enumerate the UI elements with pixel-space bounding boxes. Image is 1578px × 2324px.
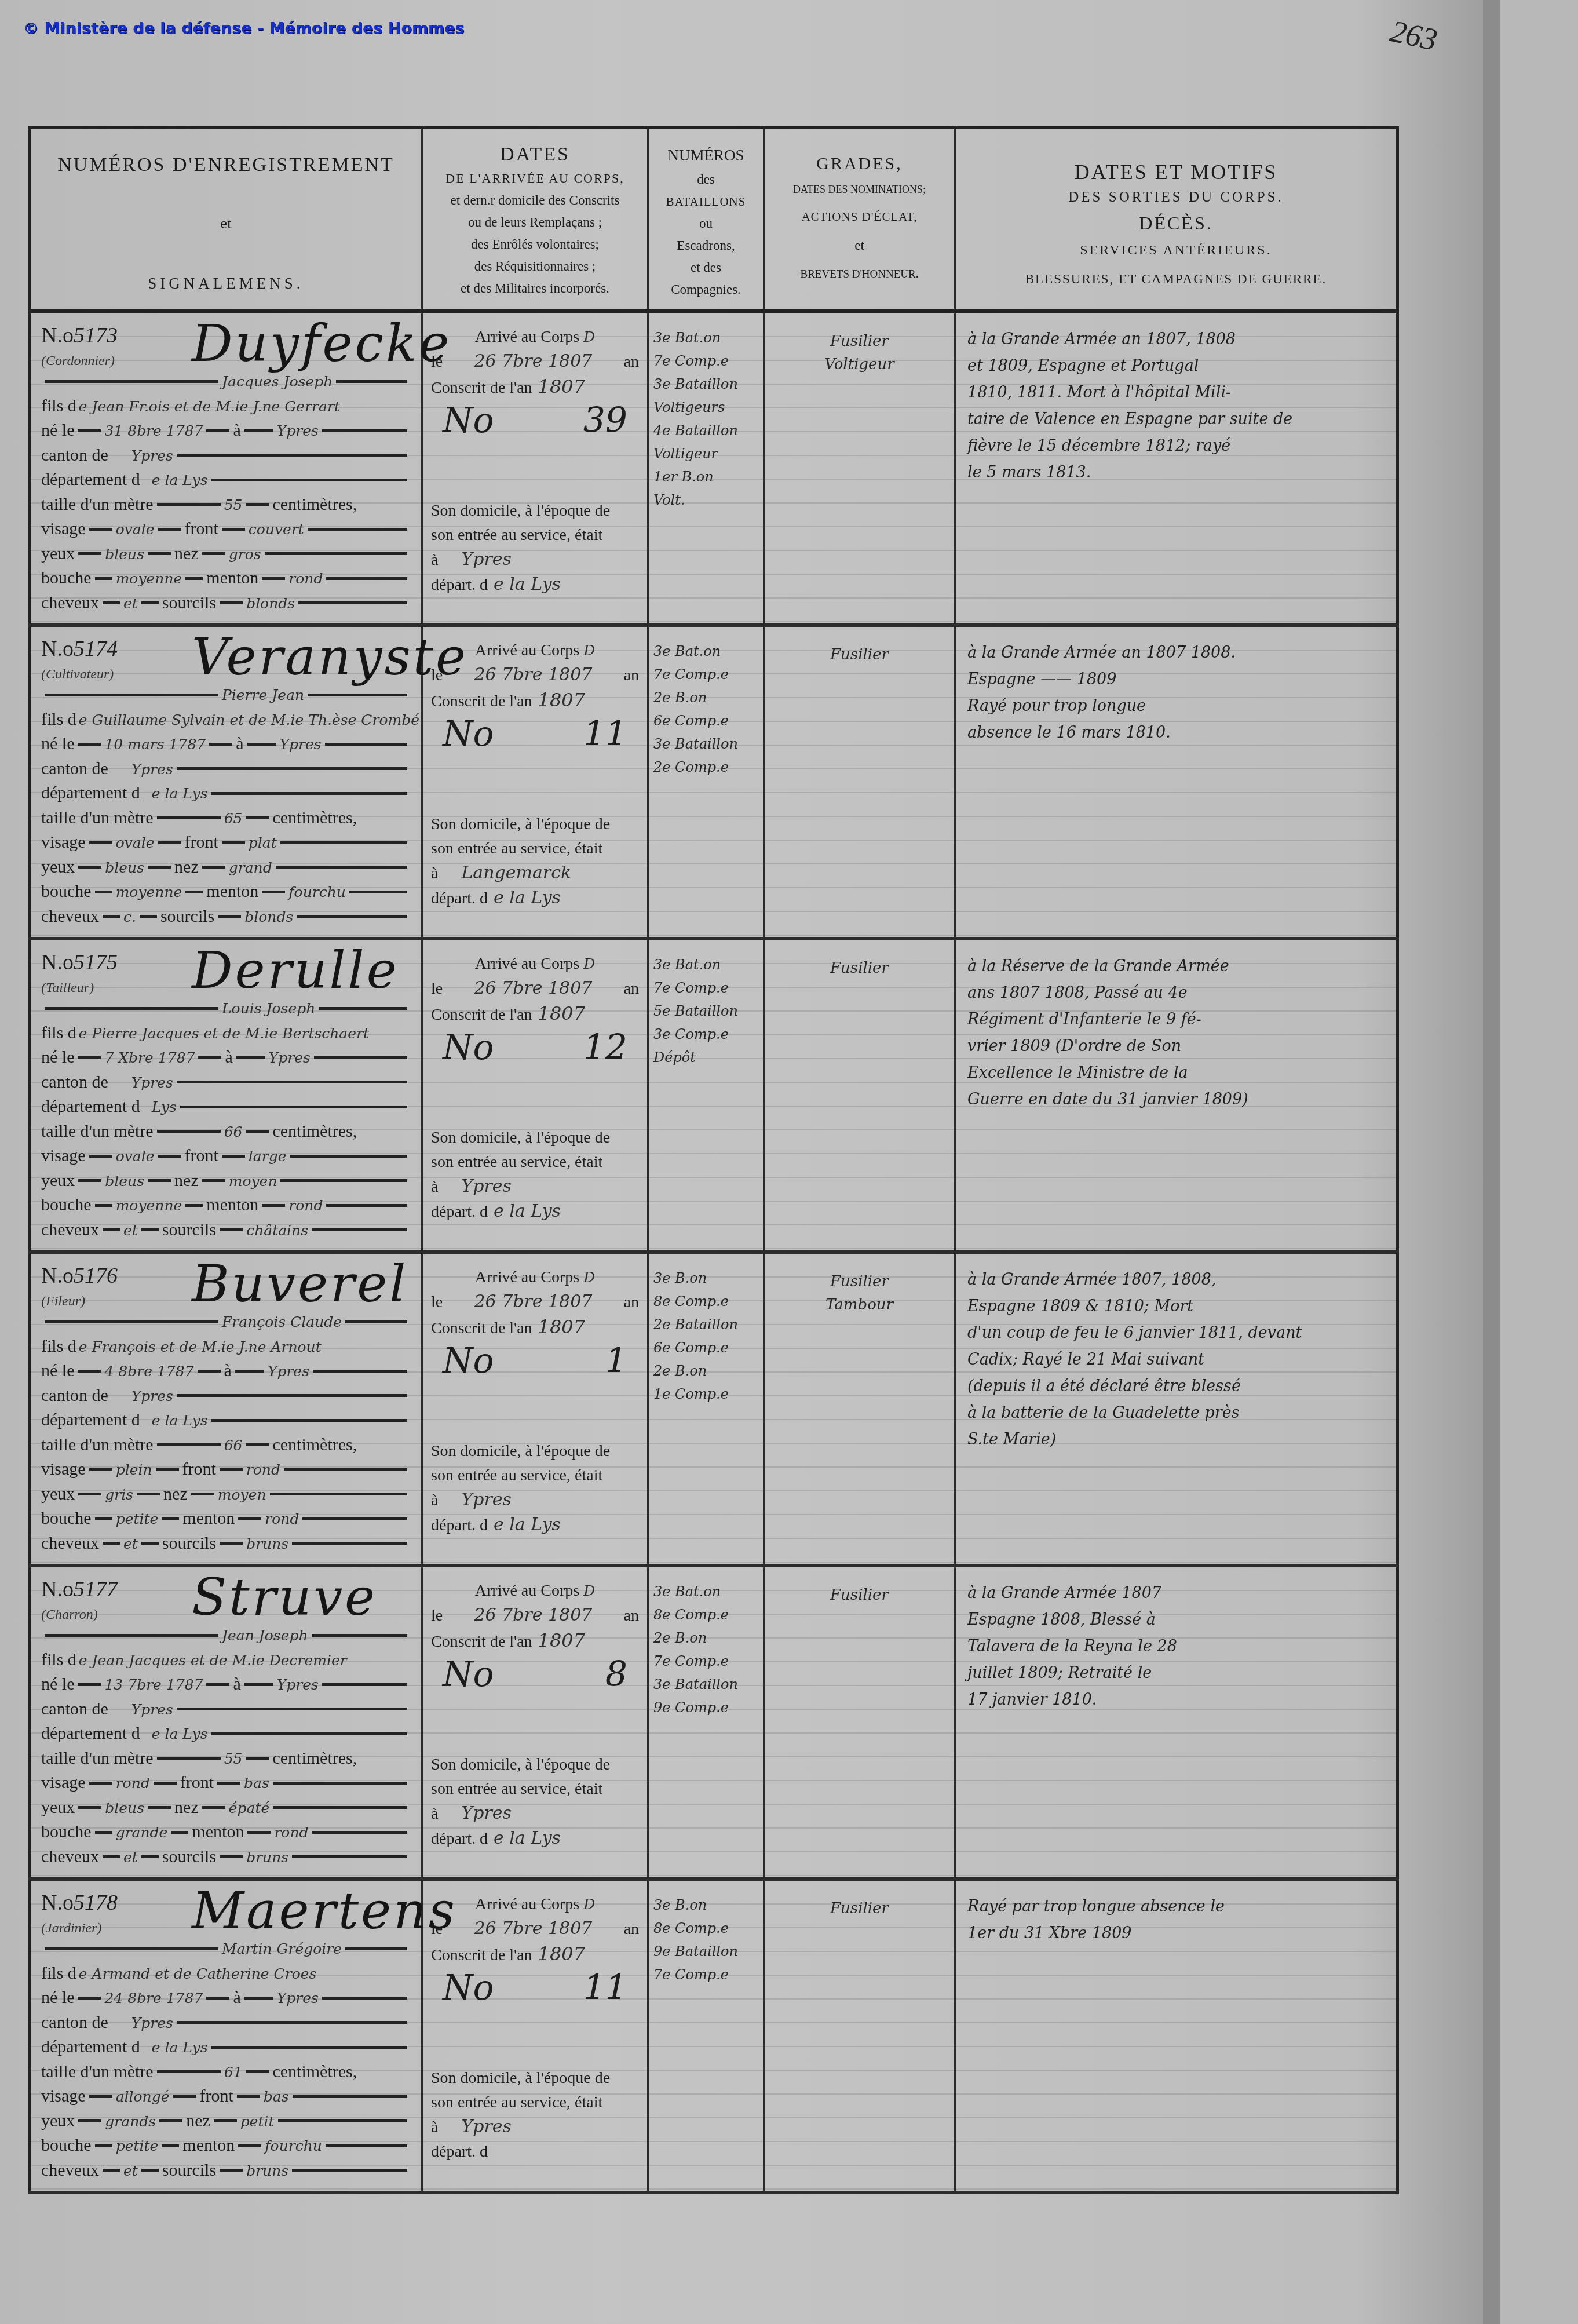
rule-dash — [137, 1493, 160, 1495]
rule-dash — [173, 2095, 196, 2098]
hair-value: et — [123, 1845, 138, 1870]
rule-dash — [211, 2046, 407, 2049]
mouth-line: bouchegrandementonrond — [41, 1820, 411, 1845]
centimetres-label: centimètres, — [272, 2060, 357, 2084]
centimetres-label: centimètres, — [272, 1119, 357, 1144]
chin-label: menton — [206, 880, 258, 904]
domicile-label-1: Son domicile, à l'époque de — [431, 2066, 639, 2090]
eyes-label: yeux — [41, 1482, 75, 1506]
rule-dash — [270, 1493, 407, 1495]
rule-dash — [158, 841, 181, 844]
rule-dash — [326, 2144, 407, 2147]
departement-line: département de la Lys — [41, 2035, 411, 2060]
signalement-cell: N.o5177 (Charron) Struve Jean Joseph fil… — [30, 1566, 422, 1879]
rule-dash — [157, 1130, 221, 1133]
forehead-value: rond — [246, 1458, 280, 1482]
domicile-label-1: Son domicile, à l'époque de — [431, 1753, 639, 1777]
chin-label: menton — [182, 2133, 235, 2158]
register-entry: N.o5178 (Jardinier) Maertens Martin Grég… — [30, 1879, 1398, 2192]
canton-value: Ypres — [131, 444, 173, 468]
depart-line: départ. de la Lys — [431, 1826, 639, 1851]
grade-cell: Fusilier — [764, 939, 955, 1252]
bataillon-line: 8e Comp.e — [653, 1290, 758, 1313]
rule-dash — [336, 380, 407, 383]
motifs-line: S.te Marie) — [967, 1426, 1385, 1453]
mouth-value: moyenne — [116, 880, 182, 904]
motifs-list: à la Grande Armée 1807, 1808,Espagne 180… — [956, 1254, 1396, 1466]
chin-label: menton — [206, 566, 258, 590]
hair-value: et — [123, 2159, 138, 2183]
registration-number: N.o5176 — [41, 1264, 118, 1289]
register-ref-value: 39 — [583, 408, 627, 478]
domicile-a-label: à — [431, 1175, 438, 1199]
number-value: 5177 — [74, 1577, 118, 1601]
arrival-label: Arrivé au Corps — [475, 1895, 579, 1913]
rule-dash — [220, 1855, 243, 1858]
rule-dash — [45, 1947, 218, 1950]
eyebrows-label: sourcils — [162, 1845, 216, 1869]
motifs-line: (depuis il a été déclaré être blessé — [967, 1373, 1385, 1400]
birth-line: né le10 mars 1787àYpres — [41, 732, 411, 757]
canton-value: Ypres — [131, 2011, 173, 2035]
nose-label: nez — [174, 1169, 199, 1193]
profession: (Cordonnier) — [41, 349, 115, 374]
grade-list: Fusilier — [765, 627, 954, 683]
given-names: Pierre Jean — [222, 683, 304, 707]
motifs-line: 1er du 31 Xbre 1809 — [967, 1920, 1385, 1947]
domicile-a-label: à — [431, 2115, 438, 2140]
signalement-cell: N.o5173 (Cordonnier) Duyfecke Jacques Jo… — [30, 311, 422, 625]
surname: Buverel — [192, 1256, 408, 1312]
bataillon-line: 3e B.on — [653, 1894, 758, 1917]
rule-dash — [78, 1683, 101, 1686]
rule-dash — [177, 1081, 407, 1083]
motifs-list: à la Grande Armée an 1807 1808.Espagne —… — [956, 627, 1396, 759]
motifs-cell: à la Grande Armée 1807Espagne 1808, Bles… — [955, 1566, 1398, 1879]
nose-label: nez — [163, 1482, 188, 1506]
conscript-year: 1807 — [538, 1315, 585, 1339]
rule-dash — [148, 1179, 171, 1182]
rule-dash — [217, 1782, 240, 1785]
forehead-label: front — [180, 1771, 214, 1795]
bataillon-line: 7e Comp.e — [653, 1650, 758, 1673]
header-grades: GRADES, DATES DES NOMINATIONS; ACTIONS D… — [764, 128, 955, 312]
surname: Maertens — [192, 1883, 457, 1939]
face-value: ovale — [116, 1144, 155, 1169]
conscript-year: 1807 — [538, 1628, 585, 1652]
depart-value: e la Lys — [494, 886, 561, 910]
surname: Struve — [192, 1570, 377, 1625]
domicile-label-1: Son domicile, à l'époque de — [431, 499, 639, 523]
face-label: visage — [41, 1144, 86, 1168]
parents-line: fils de Armand et de Catherine Croes — [41, 1961, 411, 1986]
rule-dash — [162, 1517, 179, 1520]
motifs-cell: à la Grande Armée an 1807 1808.Espagne —… — [955, 625, 1398, 939]
bataillon-line: 7e Comp.e — [653, 663, 758, 686]
adjacent-page — [1500, 0, 1578, 2324]
header-motifs-l3: SERVICES ANTÉRIEURS. — [956, 236, 1396, 265]
rule-dash — [141, 2169, 159, 2172]
battalion-cell: 3e Bat.on7e Comp.e3e BataillonVoltigeurs… — [648, 311, 764, 625]
motifs-line: à la Grande Armée 1807, 1808, — [967, 1267, 1385, 1293]
rule-dash — [45, 380, 218, 383]
rule-dash — [246, 816, 269, 819]
bataillon-line: 3e Comp.e — [653, 1023, 758, 1046]
parents-line: fils de Pierre Jacques et de M.ie Bertsc… — [41, 1021, 411, 1046]
canton-value: Ypres — [131, 1384, 173, 1409]
rule-dash — [191, 1493, 214, 1495]
forehead-label: front — [185, 517, 218, 541]
motifs-cell: à la Grande Armée an 1807, 1808et 1809, … — [955, 311, 1398, 625]
header-dates-l4: des Enrôlés volontaires; — [423, 234, 647, 256]
register-ref-value: 8 — [605, 1662, 627, 1732]
domicile-value: Ypres — [461, 1801, 512, 1826]
centimetres-label: centimètres, — [272, 1746, 357, 1771]
mouth-line: bouchemoyennementonfourchu — [41, 880, 411, 904]
motifs-cell: à la Grande Armée 1807, 1808,Espagne 180… — [955, 1252, 1398, 1566]
signalement-cell: N.o5174 (Cultivateur) Veranyste Pierre J… — [30, 625, 422, 939]
rule-dash — [220, 601, 243, 604]
conscript-line: Conscrit de l'an1807 — [431, 688, 639, 714]
number-label: N.o — [41, 1577, 74, 1601]
hair-line: cheveuxetsourcilsblonds — [41, 591, 411, 616]
rule-dash — [103, 601, 120, 604]
grade-cell: Fusilier — [764, 1566, 955, 1879]
chin-value: rond — [274, 1820, 308, 1845]
given-names: Martin Grégoire — [222, 1937, 342, 1961]
face-line: visageallongéfrontbas — [41, 2084, 411, 2109]
grade-line: Fusilier — [776, 643, 943, 666]
rule-dash — [247, 743, 276, 746]
birth-label: né le — [41, 1359, 74, 1383]
canton-value: Ypres — [131, 757, 173, 782]
parents-line: fils de Guillaume Sylvain et de M.ie Th.… — [41, 707, 411, 732]
register-ref: No39 — [431, 400, 639, 478]
bataillon-line: 9e Bataillon — [653, 1940, 758, 1963]
rule-dash — [312, 1634, 407, 1637]
birth-place: Ypres — [277, 1673, 319, 1697]
header-dates-l6: et des Militaires incorporés. — [423, 278, 647, 300]
rule-dash — [235, 1370, 264, 1373]
rule-dash — [302, 1517, 407, 1520]
rule-dash — [280, 841, 407, 844]
register-table: NUMÉROS D'ENREGISTREMENT et SIGNALEMENS.… — [28, 126, 1399, 2194]
rule-dash — [103, 2169, 120, 2172]
eyes-label: yeux — [41, 1796, 75, 1820]
header-registration-sub: SIGNALEMENS. — [31, 269, 421, 297]
eyebrows-value: bruns — [246, 2159, 288, 2183]
parents-label: fils d — [41, 1021, 76, 1045]
conscript-line: Conscrit de l'an1807 — [431, 1001, 639, 1027]
an-label: an — [624, 1917, 639, 1942]
register-ref-label: No — [443, 1976, 494, 2045]
mouth-label: bouche — [41, 2133, 92, 2158]
rule-dash — [292, 1542, 407, 1545]
forehead-value: bas — [244, 1771, 269, 1796]
rule-dash — [185, 577, 203, 580]
departement-value: e la Lys — [152, 468, 208, 492]
rule-dash — [237, 2095, 260, 2098]
arrival-date: 26 7bre 1807 — [443, 1603, 623, 1628]
number-label: N.o — [41, 1264, 74, 1288]
hair-label: cheveux — [41, 1845, 99, 1869]
surname: Veranyste — [192, 629, 468, 685]
grade-list: Fusilier — [765, 1881, 954, 1936]
eyes-value: bleus — [105, 856, 144, 880]
rule-dash — [206, 1683, 229, 1686]
chin-value: fourchu — [288, 880, 346, 904]
rule-dash — [177, 1394, 407, 1397]
eyes-line: yeuxgrisnezmoyen — [41, 1482, 411, 1507]
rule-dash — [162, 2144, 179, 2147]
rule-dash — [89, 2095, 112, 2098]
mouth-value: petite — [116, 2134, 159, 2158]
motifs-line: Talavera de la Reyna le 28 — [967, 1633, 1385, 1660]
an-label: an — [624, 663, 639, 688]
arrival-mark: D — [583, 329, 595, 345]
rule-dash — [218, 915, 241, 918]
rule-dash — [273, 1782, 407, 1785]
rule-dash — [78, 1997, 101, 2000]
eyebrows-value: blonds — [246, 592, 295, 616]
height-line: taille d'un mètre66centimètres, — [41, 1433, 411, 1458]
arrival-mark: D — [583, 1269, 595, 1286]
number-value: 5174 — [74, 637, 118, 661]
birth-place: Ypres — [269, 1046, 311, 1070]
eyebrows-value: blonds — [244, 905, 293, 929]
bataillon-line: 5e Bataillon — [653, 999, 758, 1023]
arrival-date-line: le26 7bre 1807an — [431, 1290, 639, 1315]
conscript-line: Conscrit de l'an1807 — [431, 374, 639, 400]
face-value: ovale — [116, 517, 155, 542]
rule-dash — [292, 1855, 407, 1858]
domicile-line: àYpres — [431, 1488, 639, 1513]
rule-dash — [45, 694, 218, 696]
motifs-line: ans 1807 1808, Passé au 4e — [967, 980, 1385, 1006]
nose-value: petit — [240, 2110, 275, 2134]
rule-dash — [236, 1056, 265, 1059]
rule-dash — [78, 1493, 101, 1495]
page-binding-edge — [1483, 0, 1500, 2324]
conscript-label: Conscrit de l'an — [431, 1316, 532, 1341]
chin-label: menton — [182, 1506, 235, 1531]
canton-label: canton de — [41, 1697, 108, 1721]
birth-label: né le — [41, 732, 74, 756]
bataillon-line: 3e Bat.on — [653, 326, 758, 349]
register-ref-value: 1 — [605, 1349, 627, 1418]
height-line: taille d'un mètre65centimètres, — [41, 806, 411, 831]
register-ref: No12 — [431, 1027, 639, 1105]
rule-dash — [89, 1782, 112, 1785]
forehead-value: bas — [264, 2085, 289, 2109]
rule-dash — [322, 1683, 407, 1686]
eyebrows-label: sourcils — [162, 1218, 216, 1242]
rule-dash — [246, 1757, 269, 1760]
battalion-cell: 3e Bat.on8e Comp.e2e B.on7e Comp.e3e Bat… — [648, 1566, 764, 1879]
birth-date: 24 8bre 1787 — [104, 1986, 203, 2011]
mouth-line: bouchemoyennementonrond — [41, 1193, 411, 1218]
rule-dash — [45, 1634, 218, 1637]
rule-dash — [157, 1757, 221, 1760]
rule-dash — [314, 1056, 407, 1059]
chin-label: menton — [192, 1820, 244, 1844]
eyes-label: yeux — [41, 855, 75, 880]
rule-dash — [308, 528, 407, 531]
arrival-line: Arrivé au Corps D — [431, 1265, 639, 1290]
bataillon-line: 3e Bataillon — [653, 1673, 758, 1696]
battalion-cell: 3e B.on8e Comp.e9e Bataillon7e Comp.e — [648, 1879, 764, 2192]
an-label: an — [624, 1604, 639, 1628]
arrival-line: Arrivé au Corps D — [431, 1579, 639, 1603]
rule-dash — [141, 1542, 159, 1545]
depart-value: e la Lys — [494, 1199, 561, 1224]
motifs-line: fièvre le 15 décembre 1812; rayé — [967, 433, 1385, 459]
hair-label: cheveux — [41, 591, 99, 615]
conscript-year: 1807 — [538, 1001, 585, 1026]
arrival-date-line: le26 7bre 1807an — [431, 1917, 639, 1942]
domicile-line: àYpres — [431, 1801, 639, 1826]
nose-label: nez — [174, 855, 199, 880]
motifs-list: à la Réserve de la Grande Arméeans 1807 … — [956, 940, 1396, 1126]
rule-dash — [220, 1468, 243, 1471]
motifs-line: Rayé par trop longue absence le — [967, 1894, 1385, 1920]
mouth-value: grande — [116, 1820, 168, 1845]
face-line: visagerondfrontbas — [41, 1771, 411, 1796]
header-battalions-l2: BATAILLONS — [649, 191, 763, 213]
birth-place: Ypres — [268, 1359, 309, 1384]
given-names: Jacques Joseph — [222, 370, 333, 394]
header-battalions-l3: ou — [649, 213, 763, 235]
face-line: visageovalefrontlarge — [41, 1144, 411, 1169]
register-entry: N.o5173 (Cordonnier) Duyfecke Jacques Jo… — [30, 311, 1398, 625]
mouth-line: bouchepetitementonrond — [41, 1506, 411, 1531]
forehead-label: front — [200, 2084, 233, 2108]
face-label: visage — [41, 1771, 86, 1795]
rule-dash — [78, 552, 101, 555]
face-line: visageovalefrontplat — [41, 830, 411, 855]
domicile-a-label: à — [431, 862, 438, 886]
rule-dash — [345, 1947, 407, 1950]
grade-line: Fusilier — [776, 330, 943, 353]
rule-dash — [171, 1831, 188, 1834]
rule-dash — [246, 2070, 269, 2073]
domicile-line: àYpres — [431, 1174, 639, 1199]
rule-dash — [95, 1831, 112, 1834]
birth-date: 31 8bre 1787 — [104, 419, 203, 443]
number-value: 5173 — [74, 323, 118, 348]
rule-dash — [206, 429, 229, 432]
mouth-line: bouchepetitementonfourchu — [41, 2133, 411, 2158]
conscript-line: Conscrit de l'an1807 — [431, 1315, 639, 1341]
an-label: an — [624, 1290, 639, 1315]
canton-line: canton deYpres — [41, 443, 411, 468]
grade-line: Fusilier — [776, 1897, 943, 1920]
bataillon-line: 3e Bat.on — [653, 1580, 758, 1603]
eyebrows-value: bruns — [246, 1845, 288, 1870]
nose-value: grand — [229, 856, 272, 880]
registration-number: N.o5177 — [41, 1578, 118, 1602]
bataillon-line: 1e Comp.e — [653, 1382, 758, 1406]
rule-dash — [141, 1228, 159, 1231]
signalement-cell: N.o5176 (Fileur) Buverel François Claude… — [30, 1252, 422, 1566]
face-label: visage — [41, 830, 86, 855]
rule-dash — [198, 1056, 221, 1059]
header-dates-title: DATES — [423, 142, 647, 167]
rule-dash — [278, 2119, 407, 2122]
arrival-date: 26 7bre 1807 — [443, 663, 623, 687]
departement-label: département d — [41, 1094, 140, 1119]
domicile-line: àLangemarck — [431, 861, 639, 886]
eyes-value: bleus — [105, 542, 144, 567]
motifs-line: à la Grande Armée 1807 — [967, 1580, 1385, 1607]
bataillon-line: 2e Comp.e — [653, 756, 758, 779]
eyes-line: yeuxgrandsnezpetit — [41, 2109, 411, 2134]
conscript-label: Conscrit de l'an — [431, 1003, 532, 1027]
header-motifs-title: DATES ET MOTIFS — [956, 159, 1396, 185]
conscript-label: Conscrit de l'an — [431, 689, 532, 714]
rule-dash — [156, 1468, 179, 1471]
header-registration-title: NUMÉROS D'ENREGISTREMENT — [31, 152, 421, 178]
battalion-list: 3e Bat.on8e Comp.e2e B.on7e Comp.e3e Bat… — [649, 1567, 763, 1732]
arrival-date-line: le26 7bre 1807an — [431, 976, 639, 1001]
header-battalions-l1: des — [649, 169, 763, 191]
depart-label: départ. d — [431, 1200, 488, 1224]
departement-value: Lys — [152, 1095, 177, 1119]
register-entry: N.o5175 (Tailleur) Derulle Louis Joseph … — [30, 939, 1398, 1252]
departement-line: département de la Lys — [41, 468, 411, 492]
battalion-list: 3e Bat.on7e Comp.e5e Bataillon3e Comp.eD… — [649, 940, 763, 1082]
hair-value: et — [123, 592, 138, 616]
bataillon-line: Volt. — [653, 488, 758, 512]
motifs-list: à la Grande Armée 1807Espagne 1808, Bles… — [956, 1567, 1396, 1726]
parents-line: fils de François et de M.ie J.ne Arnout — [41, 1334, 411, 1359]
register-entry: N.o5177 (Charron) Struve Jean Joseph fil… — [30, 1566, 1398, 1879]
arrival-mark: D — [583, 642, 595, 659]
rule-dash — [262, 1204, 285, 1207]
height-label: taille d'un mètre — [41, 2060, 154, 2084]
birth-label: né le — [41, 1045, 74, 1070]
parents-line: fils de Jean Fr.ois et de M.ie J.ne Gerr… — [41, 394, 411, 419]
grade-line: Fusilier — [776, 1270, 943, 1293]
rule-dash — [78, 2119, 101, 2122]
rule-dash — [246, 1443, 269, 1446]
chin-label: menton — [206, 1193, 258, 1217]
surname: Derulle — [192, 943, 399, 998]
bataillon-line: Voltigeurs — [653, 396, 758, 419]
arrival-label: Arrivé au Corps — [475, 641, 579, 659]
departement-line: département de la Lys — [41, 1408, 411, 1433]
rule-dash — [313, 1370, 407, 1373]
rule-dash — [244, 1683, 273, 1686]
depart-label: départ. d — [431, 1827, 488, 1851]
eyes-label: yeux — [41, 2109, 75, 2133]
rule-dash — [326, 1204, 407, 1207]
register-ref-value: 11 — [583, 722, 627, 791]
departement-label: département d — [41, 781, 140, 805]
rule-dash — [185, 891, 203, 893]
nose-value: moyen — [218, 1483, 266, 1507]
domicile-label-2: son entrée au service, était — [431, 1150, 639, 1174]
face-line: visageovalefrontcouvert — [41, 517, 411, 542]
grade-line: Voltigeur — [776, 353, 943, 376]
rule-dash — [103, 1542, 120, 1545]
rule-dash — [78, 1370, 101, 1373]
hair-line: cheveuxc.sourcilsblonds — [41, 904, 411, 929]
rule-dash — [284, 1468, 407, 1471]
arrival-label: Arrivé au Corps — [475, 955, 579, 973]
canton-line: canton deYpres — [41, 1070, 411, 1095]
mouth-line: bouchemoyennementonrond — [41, 566, 411, 591]
